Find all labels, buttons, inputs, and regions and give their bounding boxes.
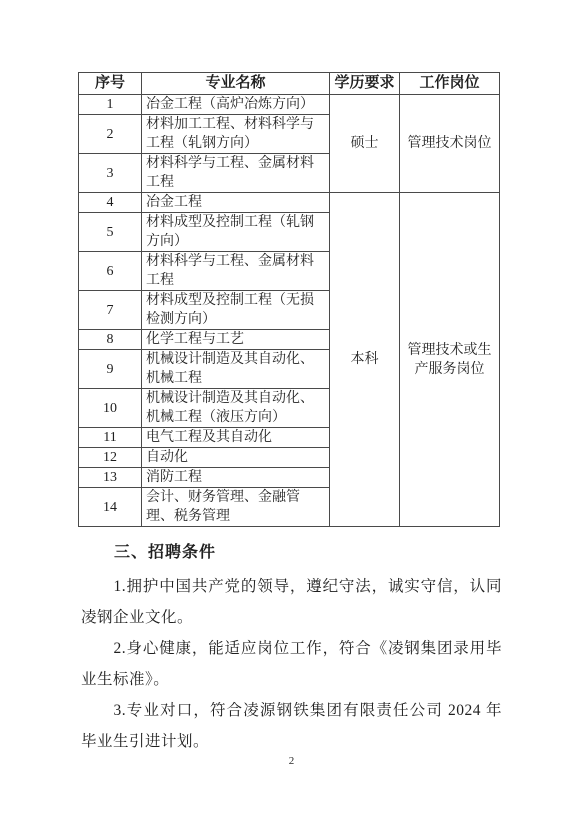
major-name-cell: 消防工程 [142, 468, 330, 488]
document-page: 序号 专业名称 学历要求 工作岗位 1冶金工程（高炉冶炼方向）硕士管理技术岗位2… [0, 0, 583, 826]
header-major-name: 专业名称 [142, 73, 330, 95]
work-position-cell: 管理技术或生产服务岗位 [400, 193, 500, 527]
major-name-cell: 材料成型及控制工程（无损检测方向） [142, 291, 330, 330]
row-number-cell: 6 [79, 252, 142, 291]
table-row: 1冶金工程（高炉冶炼方向）硕士管理技术岗位 [79, 95, 500, 115]
major-name-cell: 材料科学与工程、金属材料工程 [142, 154, 330, 193]
major-name-cell: 冶金工程（高炉冶炼方向） [142, 95, 330, 115]
row-number-cell: 7 [79, 291, 142, 330]
row-number-cell: 5 [79, 213, 142, 252]
education-requirement-cell: 硕士 [330, 95, 400, 193]
major-name-cell: 化学工程与工艺 [142, 330, 330, 350]
row-number-cell: 14 [79, 488, 142, 527]
section-heading: 三、招聘条件 [81, 537, 502, 568]
row-number-cell: 10 [79, 389, 142, 428]
major-name-cell: 材料科学与工程、金属材料工程 [142, 252, 330, 291]
header-serial-number: 序号 [79, 73, 142, 95]
condition-paragraph-1: 1.拥护中国共产党的领导，遵纪守法，诚实守信，认同凌钢企业文化。 [81, 571, 502, 633]
row-number-cell: 11 [79, 428, 142, 448]
table-header-row: 序号 专业名称 学历要求 工作岗位 [79, 73, 500, 95]
row-number-cell: 3 [79, 154, 142, 193]
major-name-cell: 机械设计制造及其自动化、机械工程（液压方向） [142, 389, 330, 428]
table-row: 4冶金工程本科管理技术或生产服务岗位 [79, 193, 500, 213]
condition-paragraph-3: 3.专业对口，符合凌源钢铁集团有限责任公司 2024 年毕业生引进计划。 [81, 695, 502, 757]
row-number-cell: 1 [79, 95, 142, 115]
row-number-cell: 13 [79, 468, 142, 488]
row-number-cell: 4 [79, 193, 142, 213]
education-requirement-cell: 本科 [330, 193, 400, 527]
major-name-cell: 会计、财务管理、金融管理、税务管理 [142, 488, 330, 527]
row-number-cell: 9 [79, 350, 142, 389]
major-name-cell: 冶金工程 [142, 193, 330, 213]
major-name-cell: 机械设计制造及其自动化、机械工程 [142, 350, 330, 389]
condition-paragraph-2: 2.身心健康，能适应岗位工作，符合《凌钢集团录用毕业生标准》。 [81, 633, 502, 695]
major-name-cell: 电气工程及其自动化 [142, 428, 330, 448]
row-number-cell: 8 [79, 330, 142, 350]
row-number-cell: 2 [79, 115, 142, 154]
row-number-cell: 12 [79, 448, 142, 468]
header-education-requirement: 学历要求 [330, 73, 400, 95]
recruitment-majors-table: 序号 专业名称 学历要求 工作岗位 1冶金工程（高炉冶炼方向）硕士管理技术岗位2… [78, 72, 500, 527]
major-name-cell: 自动化 [142, 448, 330, 468]
major-name-cell: 材料成型及控制工程（轧钢方向） [142, 213, 330, 252]
recruitment-conditions-section: 三、招聘条件 1.拥护中国共产党的领导，遵纪守法，诚实守信，认同凌钢企业文化。 … [81, 537, 502, 757]
work-position-cell: 管理技术岗位 [400, 95, 500, 193]
major-name-cell: 材料加工工程、材料科学与工程（轧钢方向） [142, 115, 330, 154]
header-work-position: 工作岗位 [400, 73, 500, 95]
page-number: 2 [0, 755, 583, 767]
